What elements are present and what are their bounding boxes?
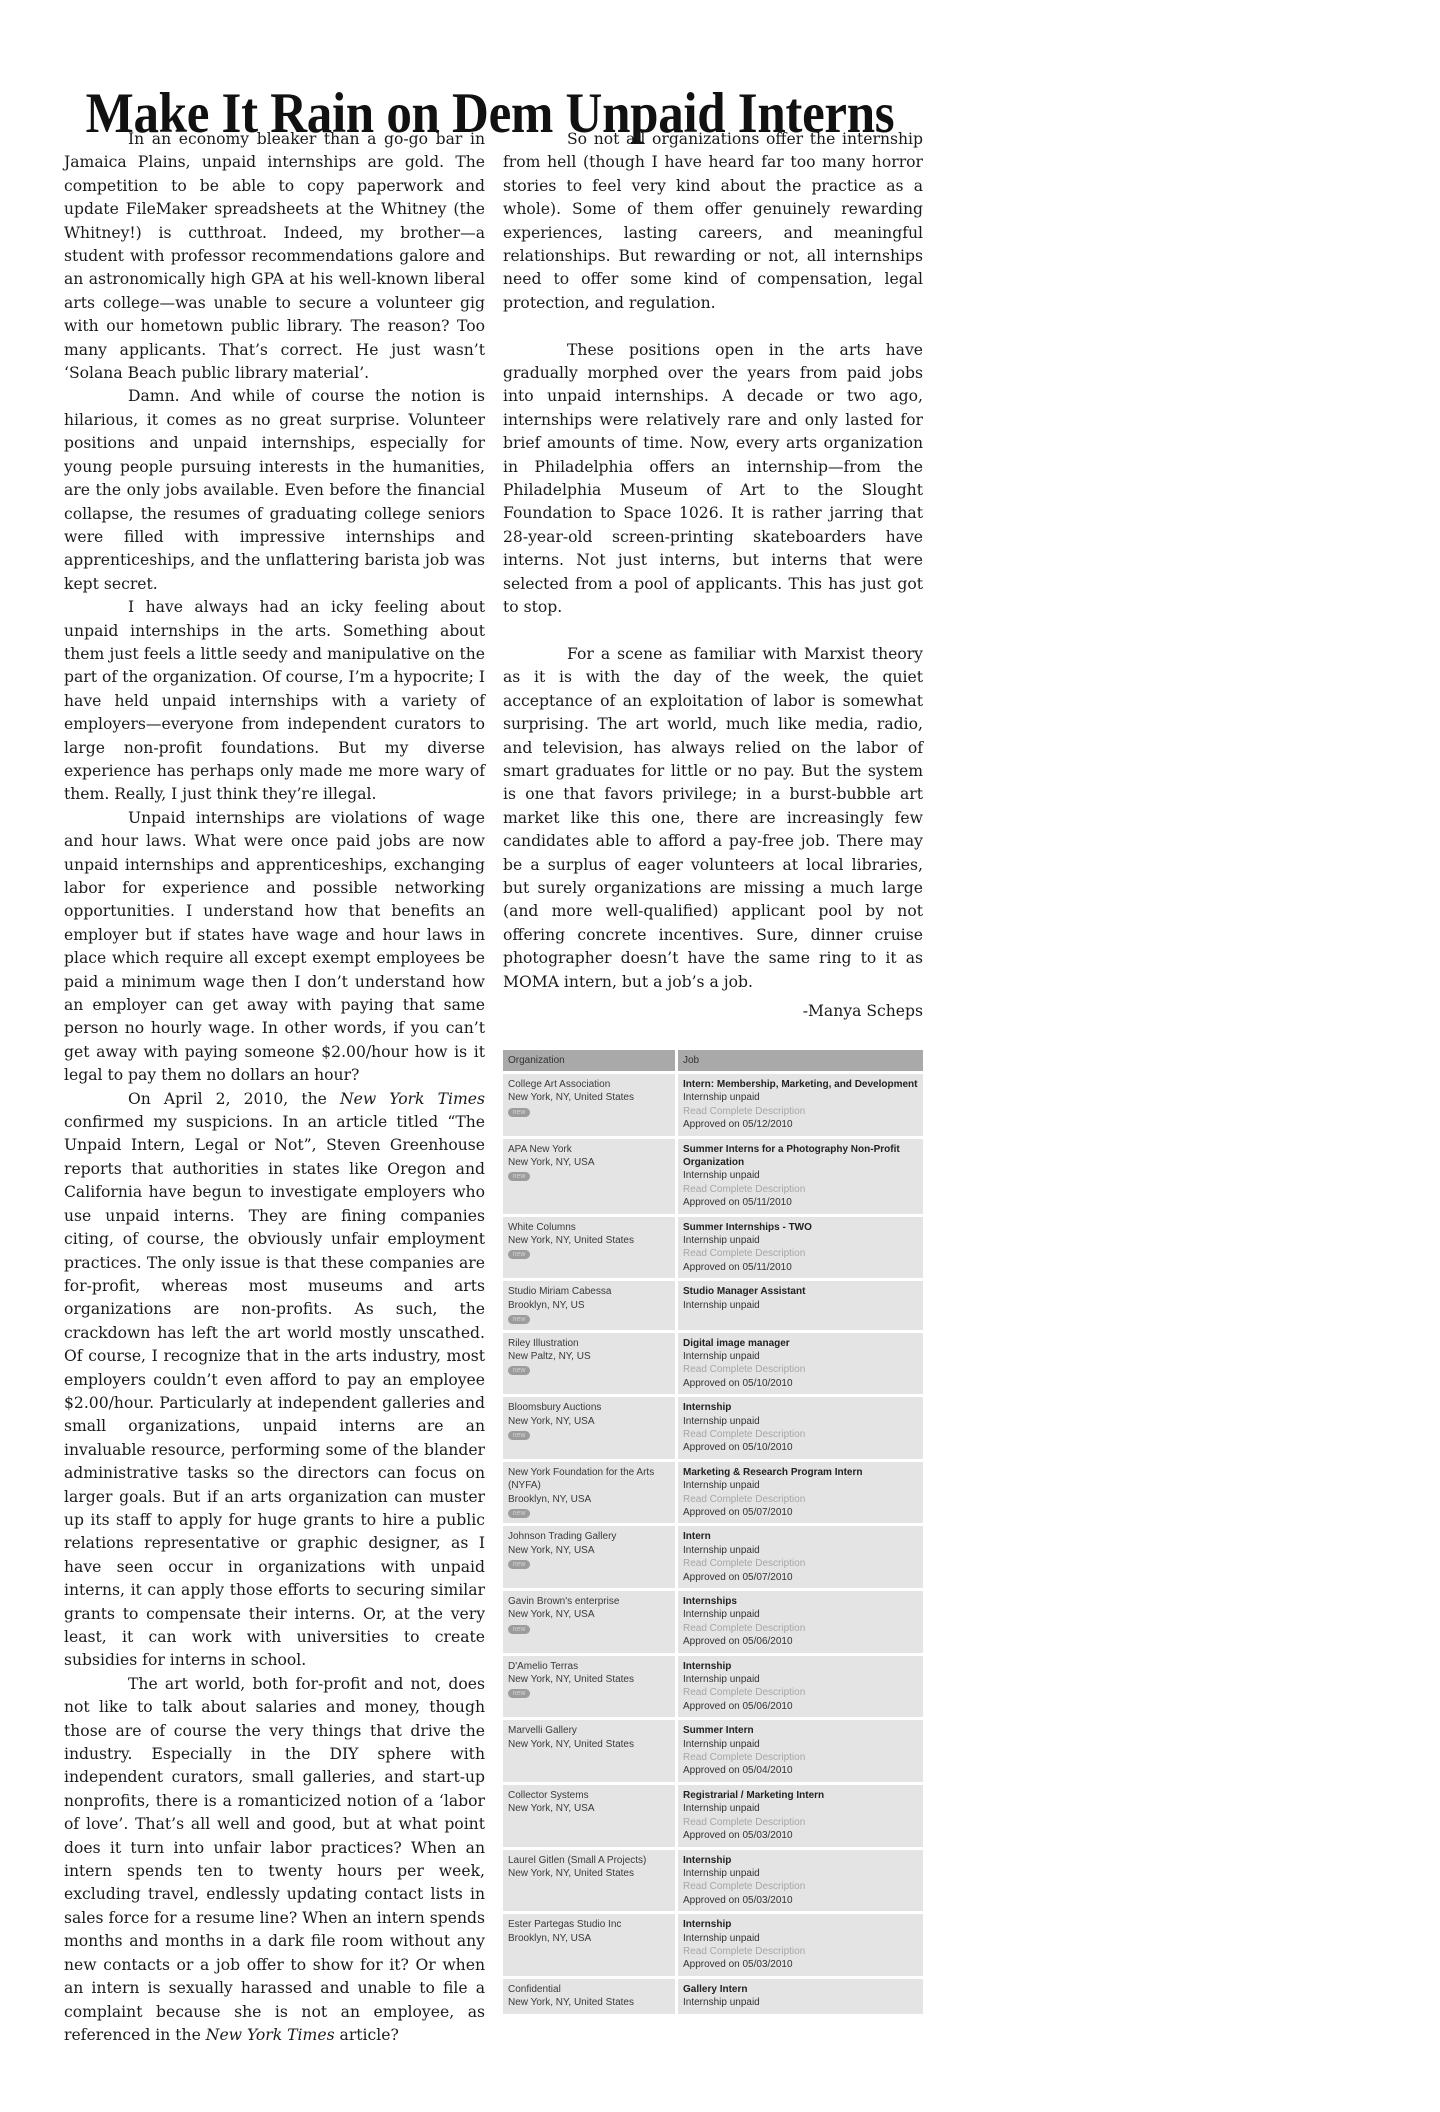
job-title[interactable]: Summer Interns for a Photography Non-Pro… [683, 1143, 918, 1170]
publication-name: New York Times [340, 1090, 485, 1108]
new-badge: new [508, 1172, 530, 1181]
job-type: Internship unpaid [683, 1234, 918, 1247]
paragraph: In an economy bleaker than a go-go bar i… [64, 128, 485, 385]
organization-location: Brooklyn, NY, US [508, 1299, 670, 1312]
job-type: Internship unpaid [683, 1479, 918, 1492]
paragraph: For a scene as familiar with Marxist the… [503, 643, 923, 994]
approved-date: Approved on 05/10/2010 [683, 1441, 918, 1454]
organization-name: Marvelli Gallery [508, 1724, 670, 1737]
organization-name: Collector Systems [508, 1789, 670, 1802]
job-type: Internship unpaid [683, 1544, 918, 1557]
approved-date: Approved on 05/10/2010 [683, 1377, 918, 1390]
organization-location: New York, NY, United States [508, 1867, 670, 1880]
new-badge: new [508, 1625, 530, 1634]
read-description-link[interactable]: Read Complete Description [683, 1622, 918, 1635]
organization-name: New York Foundation for the Arts (NYFA) [508, 1466, 670, 1493]
job-type: Internship unpaid [683, 1996, 918, 2009]
organization-location: New York, NY, United States [508, 1673, 670, 1686]
organization-cell: Riley Illustration New Paltz, NY, US new [503, 1333, 678, 1395]
read-description-link[interactable]: Read Complete Description [683, 1686, 918, 1699]
job-cell: Marketing & Research Program Intern Inte… [678, 1462, 923, 1524]
table-row: College Art Association New York, NY, Un… [503, 1074, 923, 1136]
job-cell: Internship Internship unpaid Read Comple… [678, 1850, 923, 1912]
job-cell: Studio Manager Assistant Internship unpa… [678, 1281, 923, 1329]
table-row: APA New York New York, NY, USA new Summe… [503, 1139, 923, 1214]
table-row: Ester Partegas Studio Inc Brooklyn, NY, … [503, 1914, 923, 1976]
text-run: article? [335, 2026, 399, 2044]
table-row: D'Amelio Terras New York, NY, United Sta… [503, 1656, 923, 1718]
organization-cell: Collector Systems New York, NY, USA [503, 1785, 678, 1847]
new-badge: new [508, 1689, 530, 1698]
table-row: Gavin Brown's enterprise New York, NY, U… [503, 1591, 923, 1653]
job-type: Internship unpaid [683, 1932, 918, 1945]
column-header-job: Job [678, 1050, 923, 1071]
paragraph: The art world, both for-profit and not, … [64, 1673, 485, 2048]
organization-location: Brooklyn, NY, USA [508, 1932, 670, 1945]
approved-date: Approved on 05/11/2010 [683, 1196, 918, 1209]
organization-name: Confidential [508, 1983, 670, 1996]
new-badge: new [508, 1108, 530, 1117]
organization-name: Studio Miriam Cabessa [508, 1285, 670, 1298]
new-badge: new [508, 1509, 530, 1518]
new-badge: new [508, 1366, 530, 1375]
job-title[interactable]: Summer Internships - TWO [683, 1221, 918, 1234]
approved-date: Approved on 05/06/2010 [683, 1700, 918, 1713]
read-description-link[interactable]: Read Complete Description [683, 1247, 918, 1260]
job-cell: Intern Internship unpaid Read Complete D… [678, 1526, 923, 1588]
new-badge: new [508, 1315, 530, 1324]
paragraph: I have always had an icky feeling about … [64, 596, 485, 807]
job-title[interactable]: Registrarial / Marketing Intern [683, 1789, 918, 1802]
approved-date: Approved on 05/03/2010 [683, 1958, 918, 1971]
job-type: Internship unpaid [683, 1350, 918, 1363]
job-title[interactable]: Marketing & Research Program Intern [683, 1466, 918, 1479]
table-row: Riley Illustration New Paltz, NY, US new… [503, 1333, 923, 1395]
read-description-link[interactable]: Read Complete Description [683, 1557, 918, 1570]
job-type: Internship unpaid [683, 1802, 918, 1815]
job-title[interactable]: Intern: Membership, Marketing, and Devel… [683, 1078, 918, 1091]
organization-location: New York, NY, USA [508, 1415, 670, 1428]
organization-location: New York, NY, United States [508, 1996, 670, 2009]
job-title[interactable]: Internship [683, 1401, 918, 1414]
job-cell: Registrarial / Marketing Intern Internsh… [678, 1785, 923, 1847]
job-title[interactable]: Internship [683, 1854, 918, 1867]
approved-date: Approved on 05/06/2010 [683, 1635, 918, 1648]
job-type: Internship unpaid [683, 1608, 918, 1621]
table-row: Bloomsbury Auctions New York, NY, USA ne… [503, 1397, 923, 1459]
table-row: Studio Miriam Cabessa Brooklyn, NY, US n… [503, 1281, 923, 1329]
job-title[interactable]: Gallery Intern [683, 1983, 918, 1996]
organization-cell: Marvelli Gallery New York, NY, United St… [503, 1720, 678, 1782]
organization-cell: White Columns New York, NY, United State… [503, 1217, 678, 1279]
job-title[interactable]: Internship [683, 1918, 918, 1931]
new-badge: new [508, 1431, 530, 1440]
organization-cell: Bloomsbury Auctions New York, NY, USA ne… [503, 1397, 678, 1459]
organization-cell: D'Amelio Terras New York, NY, United Sta… [503, 1656, 678, 1718]
job-cell: Summer Intern Internship unpaid Read Com… [678, 1720, 923, 1782]
organization-cell: Gavin Brown's enterprise New York, NY, U… [503, 1591, 678, 1653]
organization-name: D'Amelio Terras [508, 1660, 670, 1673]
organization-name: Ester Partegas Studio Inc [508, 1918, 670, 1931]
organization-location: Brooklyn, NY, USA [508, 1493, 670, 1506]
job-cell: Summer Interns for a Photography Non-Pro… [678, 1139, 923, 1214]
job-cell: Intern: Membership, Marketing, and Devel… [678, 1074, 923, 1136]
job-type: Internship unpaid [683, 1169, 918, 1182]
paragraph: Unpaid internships are violations of wag… [64, 807, 485, 1088]
newsletter-page: Make It Rain on Dem Unpaid Interns In an… [0, 0, 1440, 2112]
organization-cell: Confidential New York, NY, United States [503, 1979, 678, 2014]
read-description-link[interactable]: Read Complete Description [683, 1816, 918, 1829]
job-title[interactable]: Intern [683, 1530, 918, 1543]
approved-date: Approved on 05/03/2010 [683, 1894, 918, 1907]
organization-name: Bloomsbury Auctions [508, 1401, 670, 1414]
approved-date: Approved on 05/11/2010 [683, 1261, 918, 1274]
read-description-link[interactable]: Read Complete Description [683, 1880, 918, 1893]
organization-location: New York, NY, United States [508, 1091, 670, 1104]
read-description-link[interactable]: Read Complete Description [683, 1428, 918, 1441]
table-row: Johnson Trading Gallery New York, NY, US… [503, 1526, 923, 1588]
paragraph: Damn. And while of course the notion is … [64, 385, 485, 596]
organization-cell: Studio Miriam Cabessa Brooklyn, NY, US n… [503, 1281, 678, 1329]
paragraph: So not all organizations offer the inter… [503, 128, 923, 315]
table-row: Marvelli Gallery New York, NY, United St… [503, 1720, 923, 1782]
approved-date: Approved on 05/07/2010 [683, 1506, 918, 1519]
approved-date: Approved on 05/04/2010 [683, 1764, 918, 1777]
approved-date: Approved on 05/12/2010 [683, 1118, 918, 1131]
organization-name: College Art Association [508, 1078, 670, 1091]
job-cell: Internship Internship unpaid Read Comple… [678, 1397, 923, 1459]
table-row: White Columns New York, NY, United State… [503, 1217, 923, 1279]
column-header-organization: Organization [503, 1050, 678, 1071]
table-header-row: Organization Job [503, 1050, 923, 1071]
job-cell: Digital image manager Internship unpaid … [678, 1333, 923, 1395]
publication-name: New York Times [206, 2026, 335, 2044]
organization-cell: APA New York New York, NY, USA new [503, 1139, 678, 1214]
text-run: The art world, both for-profit and not, … [64, 1675, 485, 2044]
organization-cell: Johnson Trading Gallery New York, NY, US… [503, 1526, 678, 1588]
read-description-link[interactable]: Read Complete Description [683, 1363, 918, 1376]
organization-location: New York, NY, USA [508, 1156, 670, 1169]
table-row: Collector Systems New York, NY, USA Regi… [503, 1785, 923, 1847]
article-right-column: So not all organizations offer the inter… [503, 128, 923, 1023]
approved-date: Approved on 05/07/2010 [683, 1571, 918, 1584]
text-run: On April 2, 2010, the [128, 1090, 340, 1108]
read-description-link[interactable]: Read Complete Description [683, 1493, 918, 1506]
organization-name: Riley Illustration [508, 1337, 670, 1350]
new-badge: new [508, 1560, 530, 1569]
job-cell: Summer Internships - TWO Internship unpa… [678, 1217, 923, 1279]
job-type: Internship unpaid [683, 1091, 918, 1104]
new-badge: new [508, 1250, 530, 1259]
job-cell: Gallery Intern Internship unpaid [678, 1979, 923, 2014]
read-description-link[interactable]: Read Complete Description [683, 1105, 918, 1118]
job-title[interactable]: Internships [683, 1595, 918, 1608]
organization-location: New York, NY, USA [508, 1608, 670, 1621]
organization-cell: New York Foundation for the Arts (NYFA) … [503, 1462, 678, 1524]
internship-table: Organization Job College Art Association… [503, 1050, 923, 2017]
read-description-link[interactable]: Read Complete Description [683, 1751, 918, 1764]
organization-location: New York, NY, USA [508, 1544, 670, 1557]
job-title[interactable]: Internship [683, 1660, 918, 1673]
job-title[interactable]: Studio Manager Assistant [683, 1285, 918, 1298]
organization-location: New Paltz, NY, US [508, 1350, 670, 1363]
job-title[interactable]: Summer Intern [683, 1724, 918, 1737]
table-row: Confidential New York, NY, United States… [503, 1979, 923, 2014]
author-byline: -Manya Scheps [503, 1000, 923, 1023]
job-type: Internship unpaid [683, 1299, 918, 1312]
table-body: College Art Association New York, NY, Un… [503, 1074, 923, 2014]
organization-cell: Ester Partegas Studio Inc Brooklyn, NY, … [503, 1914, 678, 1976]
table-row: New York Foundation for the Arts (NYFA) … [503, 1462, 923, 1524]
organization-cell: Laurel Gitlen (Small A Projects) New Yor… [503, 1850, 678, 1912]
organization-name: White Columns [508, 1221, 670, 1234]
job-title[interactable]: Digital image manager [683, 1337, 918, 1350]
internship-listing-screenshot: Organization Job College Art Association… [503, 1050, 923, 2028]
job-type: Internship unpaid [683, 1415, 918, 1428]
read-description-link[interactable]: Read Complete Description [683, 1183, 918, 1196]
organization-name: Laurel Gitlen (Small A Projects) [508, 1854, 670, 1867]
job-type: Internship unpaid [683, 1673, 918, 1686]
organization-name: Johnson Trading Gallery [508, 1530, 670, 1543]
job-cell: Internship Internship unpaid Read Comple… [678, 1656, 923, 1718]
organization-location: New York, NY, USA [508, 1802, 670, 1815]
job-type: Internship unpaid [683, 1738, 918, 1751]
organization-name: Gavin Brown's enterprise [508, 1595, 670, 1608]
organization-name: APA New York [508, 1143, 670, 1156]
table-row: Laurel Gitlen (Small A Projects) New Yor… [503, 1850, 923, 1912]
job-cell: Internships Internship unpaid Read Compl… [678, 1591, 923, 1653]
organization-location: New York, NY, United States [508, 1234, 670, 1247]
organization-location: New York, NY, United States [508, 1738, 670, 1751]
article-left-column: In an economy bleaker than a go-go bar i… [64, 128, 485, 2047]
approved-date: Approved on 05/03/2010 [683, 1829, 918, 1842]
job-cell: Internship Internship unpaid Read Comple… [678, 1914, 923, 1976]
paragraph: These positions open in the arts have gr… [503, 339, 923, 620]
paragraph: On April 2, 2010, the New York Times con… [64, 1088, 485, 1673]
text-run: confirmed my suspicions. In an article t… [64, 1113, 485, 1669]
job-type: Internship unpaid [683, 1867, 918, 1880]
organization-cell: College Art Association New York, NY, Un… [503, 1074, 678, 1136]
read-description-link[interactable]: Read Complete Description [683, 1945, 918, 1958]
